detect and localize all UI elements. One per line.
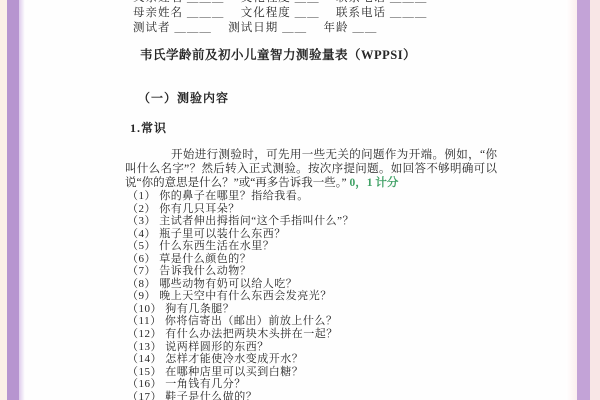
- question-item: （15） 在哪种店里可以买到白糖？: [127, 366, 527, 379]
- left-outer-border-strip: [0, 0, 7, 400]
- question-item: （14） 怎样才能使冷水变成开水？: [127, 353, 527, 366]
- question-item: （6） 草是什么颜色的？: [127, 253, 527, 266]
- question-item: （11） 你将信寄出（邮出）前放上什么？: [127, 315, 527, 328]
- question-item: （1） 你的鼻子在哪里？指给我看。: [127, 190, 527, 203]
- header-line-mother: 母亲姓名 ＿＿＿ 文化程度 ＿＿ 联系电话 ＿＿＿: [133, 6, 427, 21]
- question-item: （7） 告诉我什么动物？: [127, 265, 527, 278]
- subsection-heading: 1.常识: [130, 119, 167, 136]
- question-item: （3） 主试者伸出拇指问“这个手指叫什么”？: [127, 215, 527, 228]
- question-item: （10） 狗有几条腿？: [127, 303, 527, 316]
- question-item: （5） 什么东西生活在水里？: [127, 240, 527, 253]
- question-item: （13） 说两样圆形的东西？: [127, 341, 527, 354]
- question-item: （2） 你有几只耳朵？: [127, 203, 527, 216]
- right-border-fade: [566, 0, 577, 400]
- question-item: （12） 有什么办法把两块木头拼在一起？: [127, 328, 527, 341]
- header-fields-block: 父亲姓名 ＿＿＿ 文化程度 ＿＿ 联系电话 ＿＿＿ 母亲姓名 ＿＿＿ 文化程度 …: [133, 0, 427, 36]
- question-item: （17） 鞋子是什么做的？: [127, 391, 527, 400]
- header-line-tester: 测试者 ＿＿＿ 测试日期 ＿＿ 年龄 ＿＿: [133, 21, 427, 36]
- question-item: （8） 哪些动物有奶可以给人吃？: [127, 278, 527, 291]
- right-purple-border-strip: [577, 0, 590, 400]
- left-purple-border-strip: [7, 0, 19, 400]
- section-heading: （一）测验内容: [138, 89, 229, 106]
- question-item: （16） 一角钱有几分？: [127, 378, 527, 391]
- question-item: （9） 晚上天空中有什么东西会发亮光？: [127, 290, 527, 303]
- right-outer-border-strip: [590, 0, 600, 400]
- score-note: 0，1 计分: [350, 177, 399, 189]
- intro-paragraph-text: 开始进行测验时，可先用一些无关的问题作为开端。例如，“你叫什么名字”？然后转入正…: [125, 149, 497, 189]
- intro-paragraph: 开始进行测验时，可先用一些无关的问题作为开端。例如，“你叫什么名字”？然后转入正…: [125, 149, 497, 191]
- question-item: （4） 瓶子里可以装什么东西？: [127, 228, 527, 241]
- question-list: （1） 你的鼻子在哪里？指给我看。 （2） 你有几只耳朵？ （3） 主试者伸出拇…: [127, 190, 527, 400]
- document-page: 父亲姓名 ＿＿＿ 文化程度 ＿＿ 联系电话 ＿＿＿ 母亲姓名 ＿＿＿ 文化程度 …: [24, 0, 567, 400]
- page-title: 韦氏学龄前及初小儿童智力测验量表（WPPSI）: [140, 45, 416, 63]
